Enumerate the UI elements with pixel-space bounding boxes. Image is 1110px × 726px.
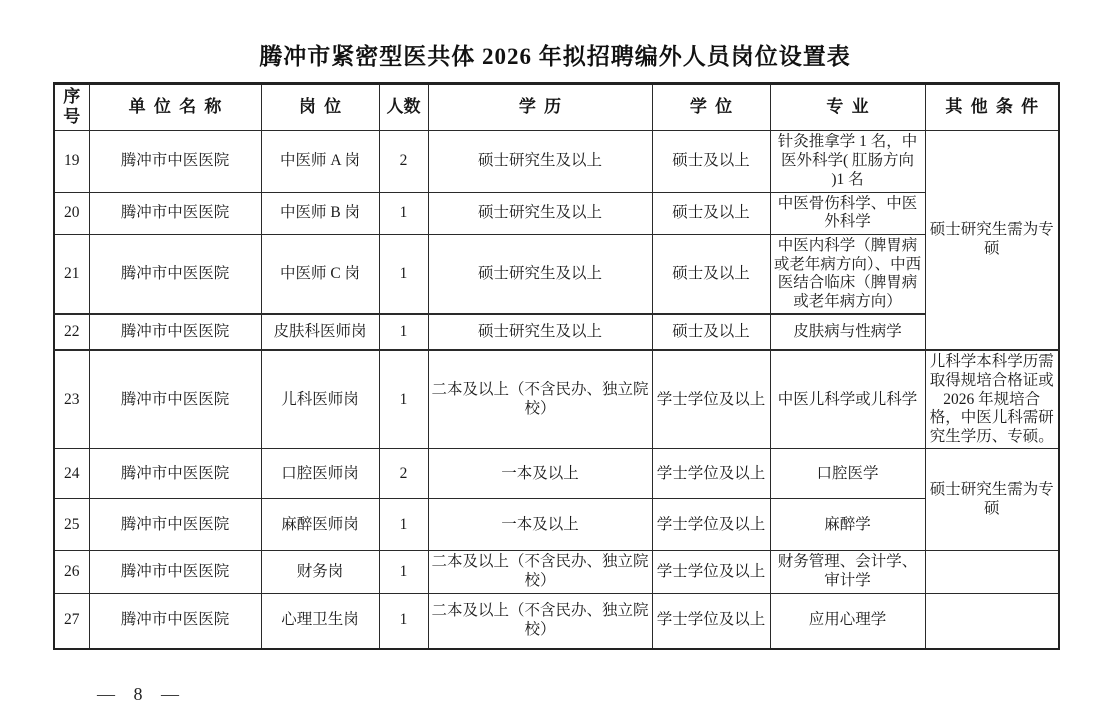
- document-page: 腾冲市紧密型医共体 2026 年拟招聘编外人员岗位设置表 序号 单 位 名 称 …: [0, 0, 1110, 726]
- positions-table: 序号 单 位 名 称 岗 位 人数 学 历 学 位 专 业 其 他 条 件 19…: [53, 82, 1060, 650]
- cell-position: 财务岗: [261, 551, 379, 593]
- cell-major: 应用心理学: [770, 593, 925, 649]
- cell-other-conditions: [925, 593, 1059, 649]
- cell-degree: 硕士及以上: [652, 314, 770, 350]
- table-row-19: 19 腾冲市中医医院 中医师 A 岗 2 硕士研究生及以上 硕士及以上 针灸推拿…: [54, 130, 1059, 192]
- cell-seq: 19: [54, 130, 89, 192]
- table-row-24: 24 腾冲市中医医院 口腔医师岗 2 一本及以上 学士学位及以上 口腔医学 硕士…: [54, 449, 1059, 499]
- column-header-seq: 序号: [54, 84, 89, 131]
- cell-education: 二本及以上（不含民办、独立院校）: [428, 350, 652, 448]
- column-header-position: 岗 位: [261, 84, 379, 131]
- column-header-degree: 学 位: [652, 84, 770, 131]
- cell-position: 中医师 C 岗: [261, 234, 379, 314]
- cell-degree: 硕士及以上: [652, 234, 770, 314]
- cell-major: 皮肤病与性病学: [770, 314, 925, 350]
- cell-major: 口腔医学: [770, 449, 925, 499]
- cell-major: 麻醉学: [770, 499, 925, 551]
- cell-education: 一本及以上: [428, 449, 652, 499]
- cell-education: 一本及以上: [428, 499, 652, 551]
- cell-seq: 21: [54, 234, 89, 314]
- cell-seq: 20: [54, 192, 89, 234]
- cell-unit-name: 腾冲市中医医院: [89, 314, 261, 350]
- column-header-unit: 单 位 名 称: [89, 84, 261, 131]
- column-header-major: 专 业: [770, 84, 925, 131]
- column-header-count: 人数: [379, 84, 428, 131]
- cell-education: 硕士研究生及以上: [428, 314, 652, 350]
- table-row-21: 21 腾冲市中医医院 中医师 C 岗 1 硕士研究生及以上 硕士及以上 中医内科…: [54, 234, 1059, 314]
- cell-degree: 硕士及以上: [652, 192, 770, 234]
- cell-count: 1: [379, 551, 428, 593]
- table-row-20: 20 腾冲市中医医院 中医师 B 岗 1 硕士研究生及以上 硕士及以上 中医骨伤…: [54, 192, 1059, 234]
- cell-position: 中医师 A 岗: [261, 130, 379, 192]
- page-number: — 8 —: [97, 684, 186, 705]
- cell-position: 麻醉医师岗: [261, 499, 379, 551]
- cell-unit-name: 腾冲市中医医院: [89, 234, 261, 314]
- table-row-22: 22 腾冲市中医医院 皮肤科医师岗 1 硕士研究生及以上 硕士及以上 皮肤病与性…: [54, 314, 1059, 350]
- cell-unit-name: 腾冲市中医医院: [89, 130, 261, 192]
- cell-count: 1: [379, 593, 428, 649]
- cell-other-conditions-merged: 硕士研究生需为专硕: [925, 130, 1059, 350]
- cell-education: 二本及以上（不含民办、独立院校）: [428, 593, 652, 649]
- cell-major: 财务管理、会计学、审计学: [770, 551, 925, 593]
- cell-count: 1: [379, 234, 428, 314]
- cell-degree: 硕士及以上: [652, 130, 770, 192]
- cell-position: 心理卫生岗: [261, 593, 379, 649]
- cell-major: 中医内科学（脾胃病或老年病方向）、中西医结合临床（脾胃病或老年病方向）: [770, 234, 925, 314]
- cell-count: 1: [379, 314, 428, 350]
- cell-seq: 26: [54, 551, 89, 593]
- table-row-26: 26 腾冲市中医医院 财务岗 1 二本及以上（不含民办、独立院校） 学士学位及以…: [54, 551, 1059, 593]
- cell-position: 皮肤科医师岗: [261, 314, 379, 350]
- cell-degree: 学士学位及以上: [652, 593, 770, 649]
- table-row-25: 25 腾冲市中医医院 麻醉医师岗 1 一本及以上 学士学位及以上 麻醉学: [54, 499, 1059, 551]
- cell-education: 硕士研究生及以上: [428, 192, 652, 234]
- cell-major: 中医骨伤科学、中医外科学: [770, 192, 925, 234]
- column-header-other: 其 他 条 件: [925, 84, 1059, 131]
- cell-degree: 学士学位及以上: [652, 449, 770, 499]
- cell-seq: 25: [54, 499, 89, 551]
- cell-major: 针灸推拿学 1 名，中医外科学( 肛肠方向 )1 名: [770, 130, 925, 192]
- cell-seq: 24: [54, 449, 89, 499]
- cell-education: 硕士研究生及以上: [428, 234, 652, 314]
- cell-education: 硕士研究生及以上: [428, 130, 652, 192]
- cell-other-conditions-merged: 硕士研究生需为专硕: [925, 449, 1059, 551]
- cell-degree: 学士学位及以上: [652, 499, 770, 551]
- table-row-23: 23 腾冲市中医医院 儿科医师岗 1 二本及以上（不含民办、独立院校） 学士学位…: [54, 350, 1059, 448]
- cell-position: 口腔医师岗: [261, 449, 379, 499]
- table-row-27: 27 腾冲市中医医院 心理卫生岗 1 二本及以上（不含民办、独立院校） 学士学位…: [54, 593, 1059, 649]
- cell-unit-name: 腾冲市中医医院: [89, 449, 261, 499]
- cell-count: 1: [379, 499, 428, 551]
- cell-major: 中医儿科学或儿科学: [770, 350, 925, 448]
- cell-position: 中医师 B 岗: [261, 192, 379, 234]
- cell-seq: 23: [54, 350, 89, 448]
- cell-count: 1: [379, 192, 428, 234]
- cell-other-conditions: 儿科学本科学历需取得规培合格证或 2026 年规培合格，中医儿科需研究生学历、专…: [925, 350, 1059, 448]
- cell-unit-name: 腾冲市中医医院: [89, 593, 261, 649]
- cell-unit-name: 腾冲市中医医院: [89, 192, 261, 234]
- cell-unit-name: 腾冲市中医医院: [89, 350, 261, 448]
- cell-count: 2: [379, 449, 428, 499]
- cell-unit-name: 腾冲市中医医院: [89, 551, 261, 593]
- cell-other-conditions: [925, 551, 1059, 593]
- column-header-education: 学 历: [428, 84, 652, 131]
- cell-count: 2: [379, 130, 428, 192]
- cell-degree: 学士学位及以上: [652, 350, 770, 448]
- cell-seq: 22: [54, 314, 89, 350]
- cell-seq: 27: [54, 593, 89, 649]
- cell-degree: 学士学位及以上: [652, 551, 770, 593]
- table-header-row: 序号 单 位 名 称 岗 位 人数 学 历 学 位 专 业 其 他 条 件: [54, 84, 1059, 131]
- cell-unit-name: 腾冲市中医医院: [89, 499, 261, 551]
- cell-education: 二本及以上（不含民办、独立院校）: [428, 551, 652, 593]
- document-title: 腾冲市紧密型医共体 2026 年拟招聘编外人员岗位设置表: [53, 38, 1057, 71]
- cell-count: 1: [379, 350, 428, 448]
- cell-position: 儿科医师岗: [261, 350, 379, 448]
